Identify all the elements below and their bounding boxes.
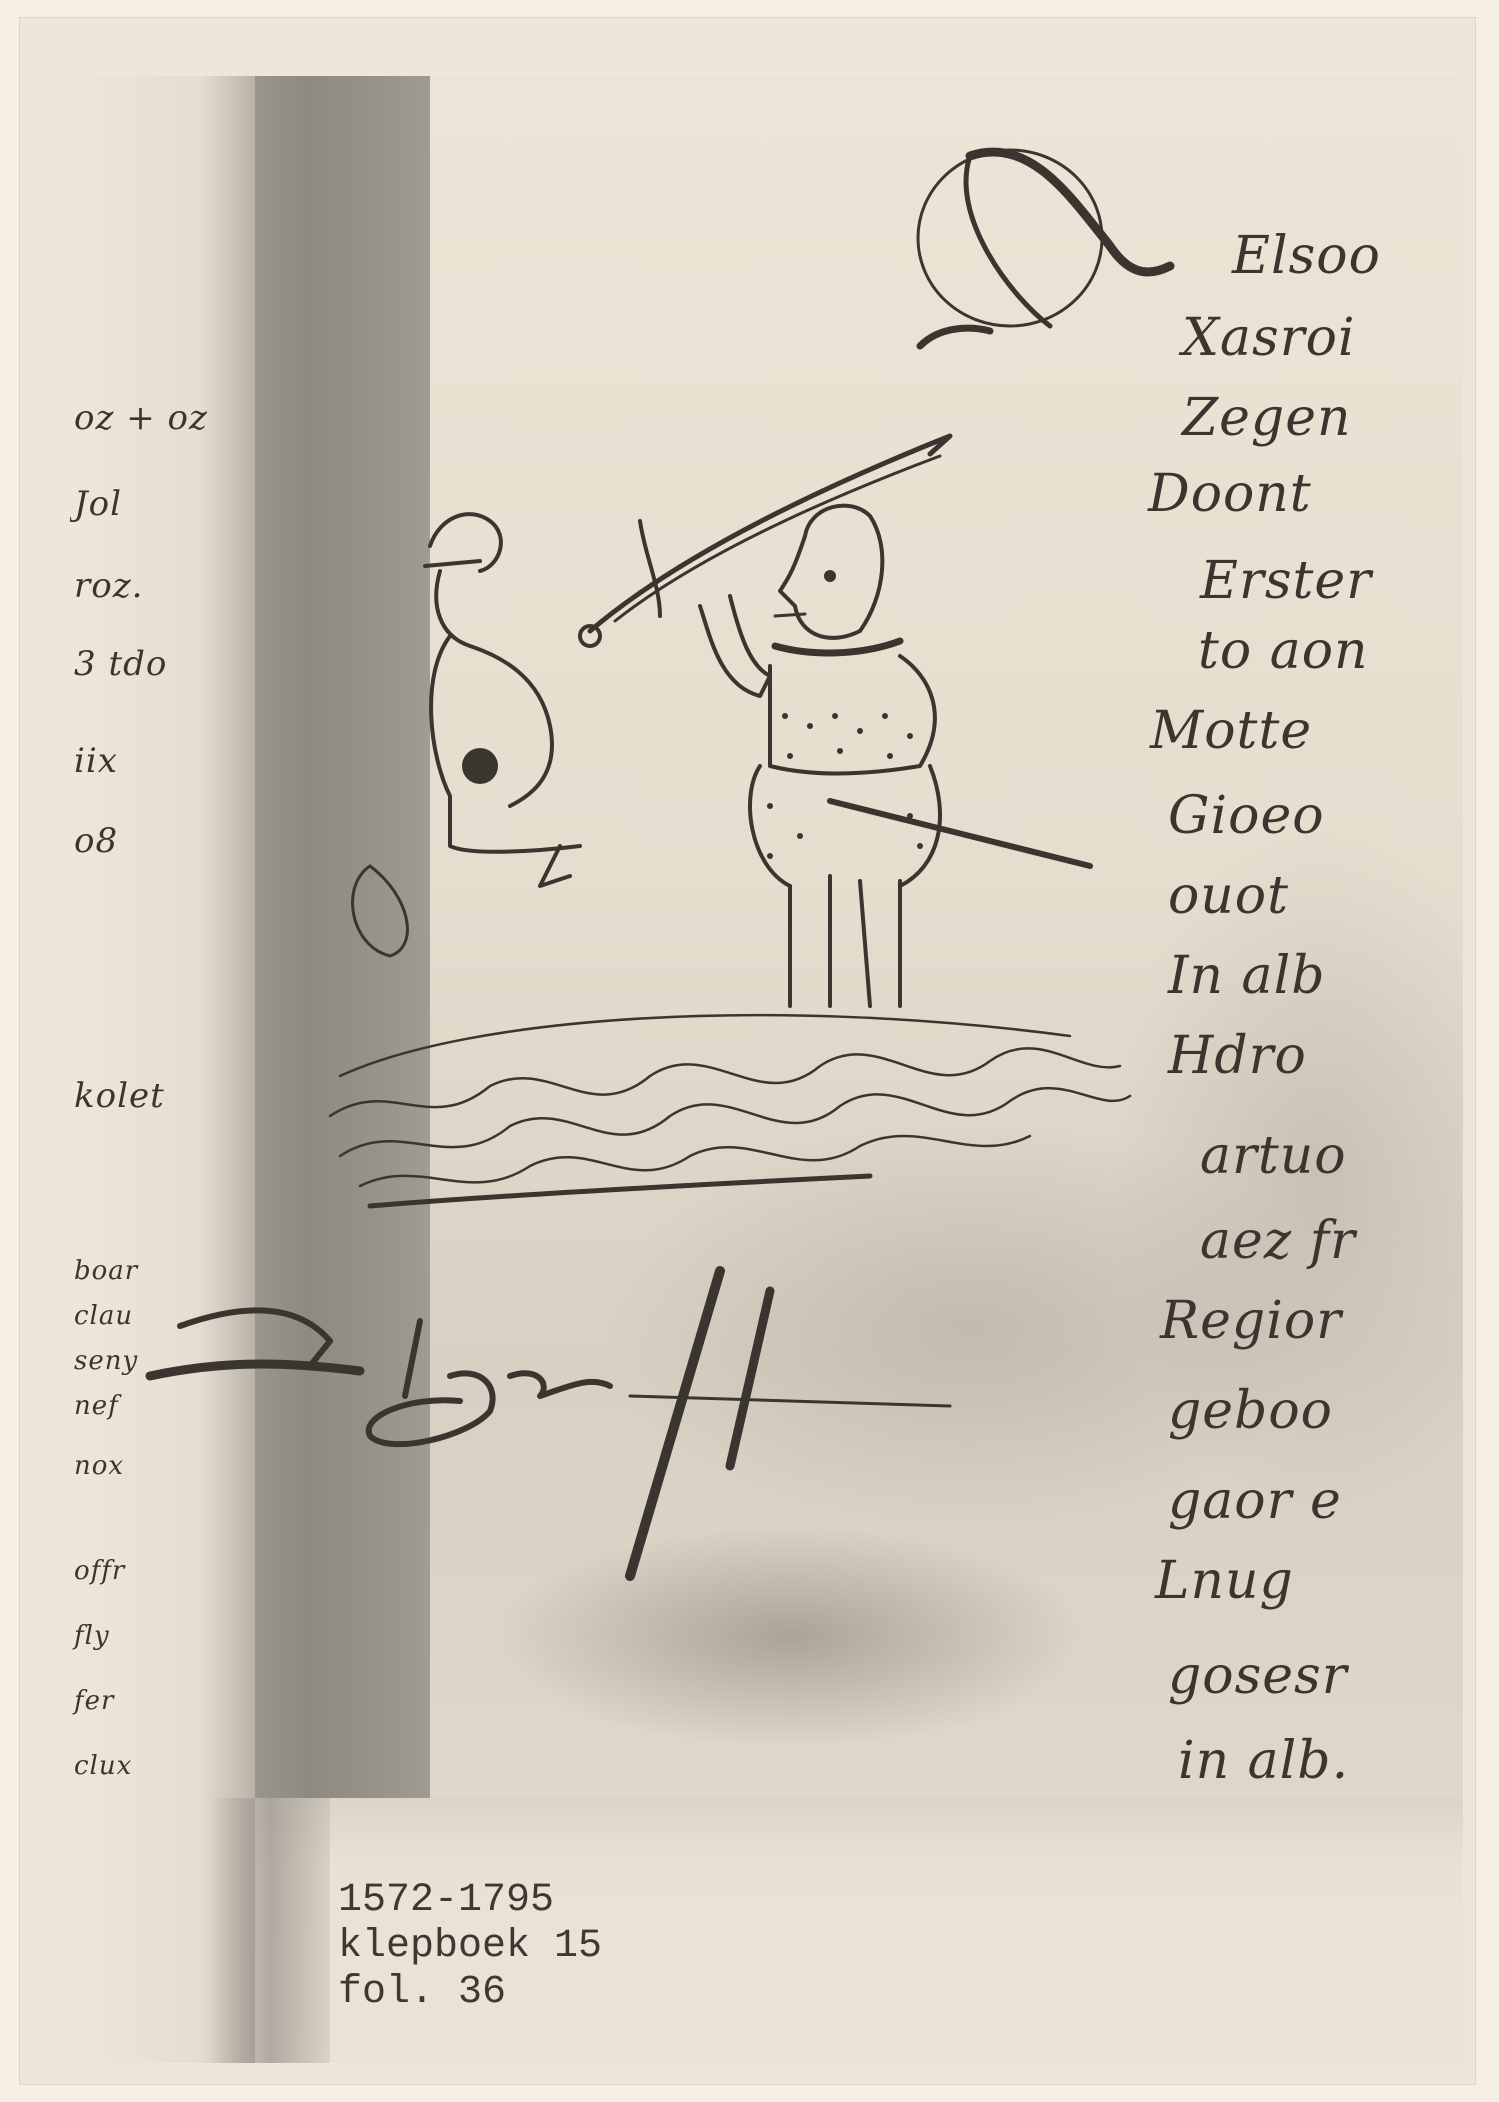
label-date-range: 1572-1795 — [338, 1878, 602, 1924]
archival-label: 1572-1795 klepboek 15 fol. 36 — [338, 1878, 602, 2016]
photo-print: oz + oz Jol roz. 3 tdo iix o8 kolet boar… — [20, 18, 1475, 2084]
manuscript-photo: oz + oz Jol roz. 3 tdo iix o8 kolet boar… — [70, 76, 1463, 2063]
left-figure — [353, 514, 580, 956]
scribbled-ground — [330, 1015, 1130, 1206]
signature — [150, 1271, 950, 1576]
ink-illustration — [70, 76, 1463, 2063]
label-book: klepboek 15 — [338, 1924, 602, 1970]
label-folio: fol. 36 — [338, 1970, 602, 2016]
decorated-initial-icon — [918, 150, 1170, 346]
sword-figure — [580, 436, 1090, 1006]
